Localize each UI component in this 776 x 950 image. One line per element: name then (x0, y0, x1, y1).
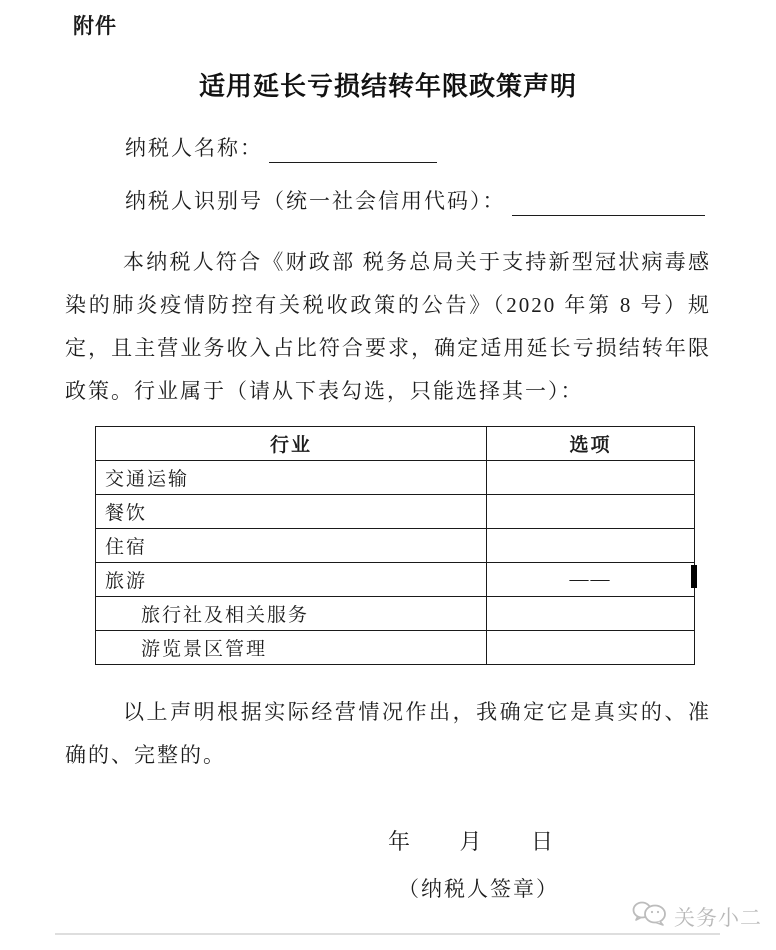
table-header-row: 行业 选项 (96, 427, 695, 461)
column-header-industry: 行业 (96, 427, 487, 461)
year-label: 年 (388, 829, 410, 854)
scan-artifact-mark (691, 565, 697, 588)
option-cell[interactable] (487, 529, 695, 563)
option-cell[interactable] (487, 631, 695, 665)
taxpayer-seal-label: （纳税人签章） (65, 873, 711, 903)
industry-cell: 交通运输 (96, 461, 487, 495)
table-row-scenic-area: 游览景区管理 (96, 631, 695, 665)
taxpayer-id-row: 纳税人识别号（统一社会信用代码）： (65, 186, 711, 216)
table-row-accommodation: 住宿 (96, 529, 695, 563)
industry-table-wrapper: 行业 选项 交通运输 餐饮 住宿 (95, 426, 694, 665)
taxpayer-name-field[interactable] (269, 140, 437, 163)
table-row-transport: 交通运输 (96, 461, 695, 495)
day-label: 日 (531, 829, 553, 854)
option-cell[interactable] (487, 495, 695, 529)
column-header-option: 选项 (487, 427, 695, 461)
table-row-catering: 餐饮 (96, 495, 695, 529)
option-cell-dash: —— (487, 563, 695, 597)
table-row-tourism: 旅游 —— (96, 563, 695, 597)
document-page: 附件 适用延长亏损结转年限政策声明 纳税人名称： 纳税人识别号（统一社会信用代码… (0, 0, 776, 950)
taxpayer-id-field[interactable] (512, 193, 705, 216)
attachment-label: 附件 (73, 0, 711, 40)
bottom-divider (55, 933, 720, 935)
taxpayer-name-label: 纳税人名称： (125, 136, 263, 160)
industry-table: 行业 选项 交通运输 餐饮 住宿 (95, 426, 695, 665)
option-cell[interactable] (487, 461, 695, 495)
table-row-travel-agency: 旅行社及相关服务 (96, 597, 695, 631)
industry-cell: 旅游 (96, 563, 487, 597)
industry-cell: 游览景区管理 (96, 631, 487, 665)
industry-cell: 餐饮 (96, 495, 487, 529)
document-content: 附件 适用延长亏损结转年限政策声明 纳税人名称： 纳税人识别号（统一社会信用代码… (0, 0, 776, 903)
industry-cell: 旅行社及相关服务 (96, 597, 487, 631)
closing-statement: 以上声明根据实际经营情况作出，我确定它是真实的、准确的、完整的。 (65, 691, 711, 777)
month-label: 月 (459, 829, 481, 854)
declaration-paragraph: 本纳税人符合《财政部 税务总局关于支持新型冠状病毒感染的肺炎疫情防控有关税收政策… (65, 241, 711, 413)
watermark-text: 关务小二 (674, 902, 762, 932)
taxpayer-id-label: 纳税人识别号（统一社会信用代码）： (125, 189, 506, 213)
industry-cell: 住宿 (96, 529, 487, 563)
taxpayer-name-row: 纳税人名称： (65, 133, 711, 163)
option-cell[interactable] (487, 597, 695, 631)
date-line: 年 月 日 (65, 825, 711, 856)
watermark: 关务小二 (632, 900, 762, 933)
chat-bubbles-icon (632, 900, 668, 933)
page-title: 适用延长亏损结转年限政策声明 (65, 66, 711, 103)
